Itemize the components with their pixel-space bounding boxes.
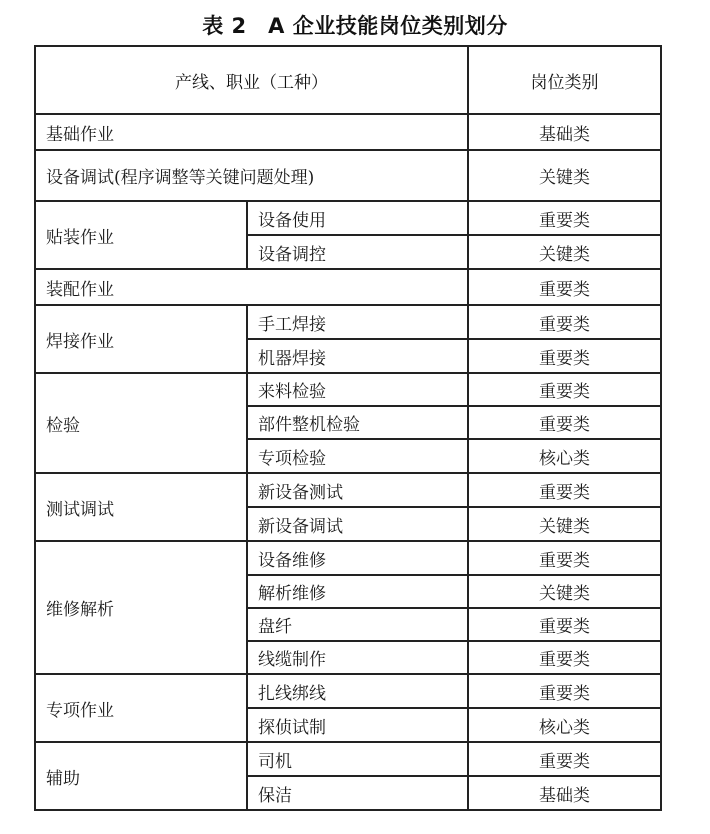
category-cell: 核心类 (468, 708, 661, 742)
group-name: 基础作业 (35, 114, 468, 150)
item-name: 设备维修 (247, 541, 468, 575)
table-row: 装配作业 重要类 (35, 269, 661, 305)
table-row: 维修解析 设备维修 重要类 (35, 541, 661, 575)
item-name: 机器焊接 (247, 339, 468, 373)
item-name: 专项检验 (247, 439, 468, 473)
table-row: 贴装作业 设备使用 重要类 (35, 201, 661, 235)
item-name: 扎线绑线 (247, 674, 468, 708)
category-cell: 重要类 (468, 608, 661, 641)
item-name: 盘纤 (247, 608, 468, 641)
job-category-table: 产线、职业（工种） 岗位类别 基础作业 基础类 设备调试(程序调整等关键问题处理… (34, 45, 662, 811)
item-name: 探侦试制 (247, 708, 468, 742)
category-cell: 关键类 (468, 507, 661, 541)
category-cell: 重要类 (468, 473, 661, 507)
table-row: 辅助 司机 重要类 (35, 742, 661, 776)
category-cell: 重要类 (468, 373, 661, 406)
table-row: 专项作业 扎线绑线 重要类 (35, 674, 661, 708)
header-row: 产线、职业（工种） 岗位类别 (35, 46, 661, 114)
group-name: 设备调试(程序调整等关键问题处理) (35, 150, 468, 201)
category-cell: 重要类 (468, 674, 661, 708)
category-cell: 重要类 (468, 406, 661, 439)
table-title: 表 2 A 企业技能岗位类别划分 (0, 10, 710, 40)
category-cell: 重要类 (468, 201, 661, 235)
table-row: 基础作业 基础类 (35, 114, 661, 150)
item-name: 新设备测试 (247, 473, 468, 507)
group-name: 维修解析 (35, 541, 247, 674)
item-name: 设备使用 (247, 201, 468, 235)
table-row: 测试调试 新设备测试 重要类 (35, 473, 661, 507)
item-name: 保洁 (247, 776, 468, 810)
group-name: 辅助 (35, 742, 247, 810)
group-name: 检验 (35, 373, 247, 473)
category-cell: 基础类 (468, 114, 661, 150)
group-name: 测试调试 (35, 473, 247, 541)
category-cell: 重要类 (468, 541, 661, 575)
table-row: 焊接作业 手工焊接 重要类 (35, 305, 661, 339)
category-cell: 关键类 (468, 150, 661, 201)
item-name: 解析维修 (247, 575, 468, 608)
group-name: 贴装作业 (35, 201, 247, 269)
category-cell: 重要类 (468, 339, 661, 373)
category-cell: 重要类 (468, 305, 661, 339)
group-name: 焊接作业 (35, 305, 247, 373)
category-cell: 基础类 (468, 776, 661, 810)
group-name: 装配作业 (35, 269, 468, 305)
item-name: 手工焊接 (247, 305, 468, 339)
item-name: 线缆制作 (247, 641, 468, 674)
item-name: 设备调控 (247, 235, 468, 269)
item-name: 部件整机检验 (247, 406, 468, 439)
category-cell: 重要类 (468, 641, 661, 674)
category-cell: 重要类 (468, 269, 661, 305)
category-cell: 关键类 (468, 575, 661, 608)
header-occupation: 产线、职业（工种） (35, 46, 468, 114)
category-cell: 关键类 (468, 235, 661, 269)
item-name: 司机 (247, 742, 468, 776)
item-name: 新设备调试 (247, 507, 468, 541)
table-row: 检验 来料检验 重要类 (35, 373, 661, 406)
category-cell: 核心类 (468, 439, 661, 473)
header-category: 岗位类别 (468, 46, 661, 114)
item-name: 来料检验 (247, 373, 468, 406)
category-cell: 重要类 (468, 742, 661, 776)
group-name: 专项作业 (35, 674, 247, 742)
table-row: 设备调试(程序调整等关键问题处理) 关键类 (35, 150, 661, 201)
